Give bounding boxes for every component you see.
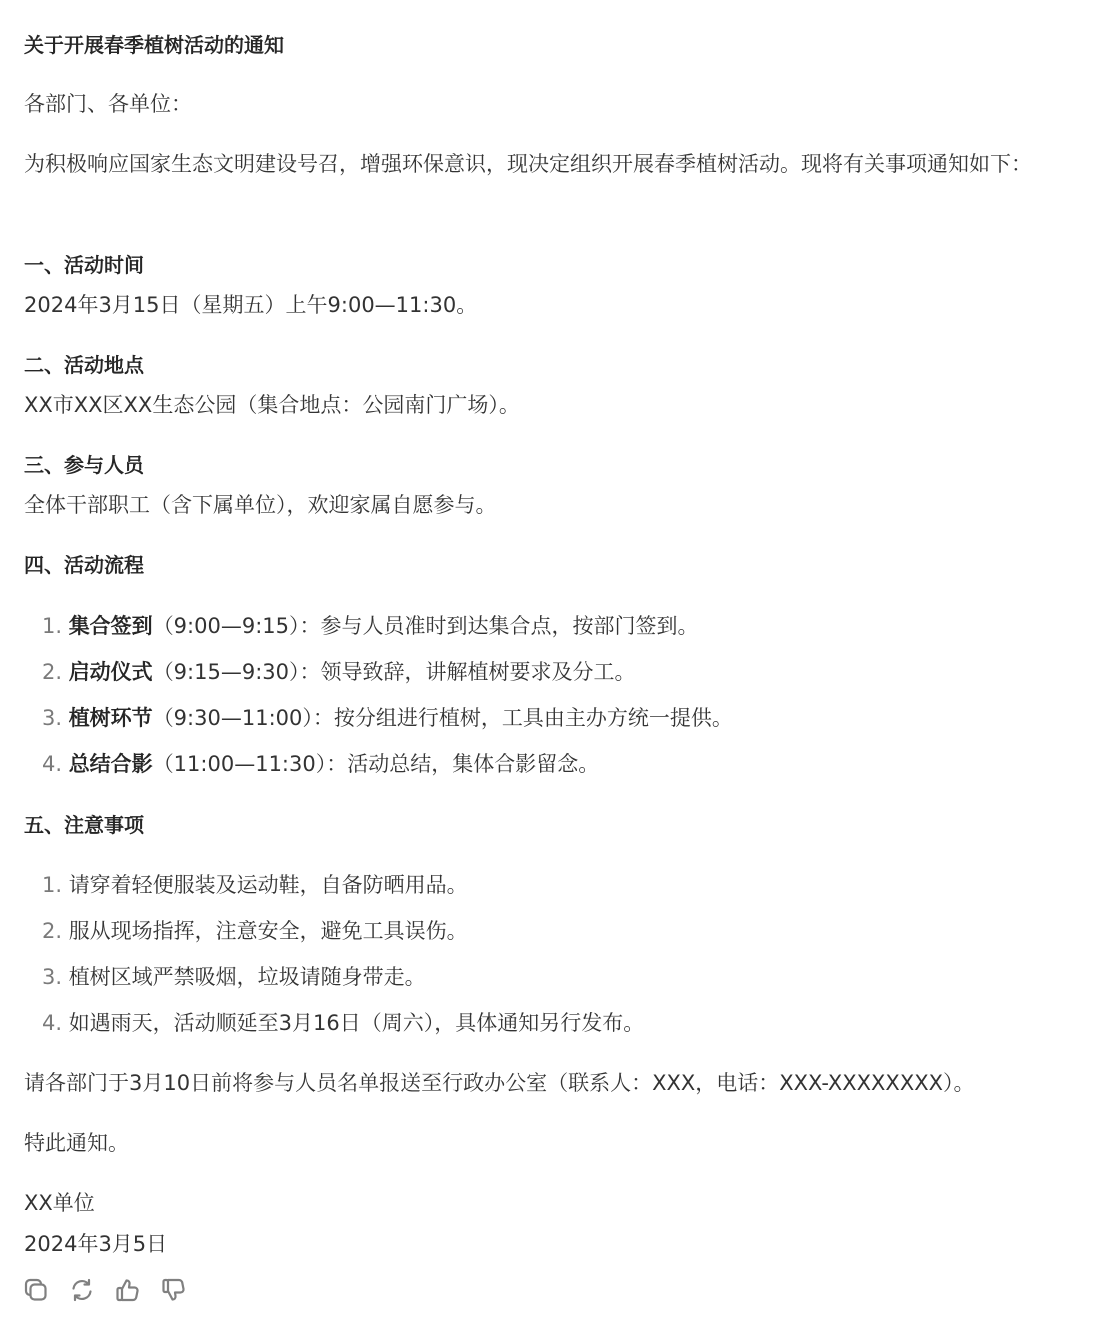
- salutation: 各部门、各单位：: [24, 84, 192, 124]
- note-text: 如遇雨天，活动顺延至3月16日（周六），具体通知另行发布。: [69, 1011, 645, 1035]
- section-heading-participants: 三、参与人员: [24, 445, 144, 485]
- note-item: 2. 服从现场指挥，注意安全，避免工具误伤。: [24, 908, 644, 954]
- list-number: 2.: [24, 908, 62, 954]
- intro-paragraph: 为积极响应国家生态文明建设号召，增强环保意识，现决定组织开展春季植树活动。现将有…: [24, 144, 1109, 184]
- note-item: 1. 请穿着轻便服装及运动鞋，自备防晒用品。: [24, 862, 644, 908]
- schedule-item-name: 集合签到: [69, 614, 153, 638]
- section-body-location: XX市XX区XX生态公园（集合地点：公园南门广场）。: [24, 385, 520, 425]
- schedule-list: 1. 集合签到（9:00—9:15）：参与人员准时到达集合点，按部门签到。 2.…: [24, 603, 733, 787]
- refresh-icon: [68, 1276, 96, 1304]
- note-text: 服从现场指挥，注意安全，避免工具误伤。: [69, 919, 468, 943]
- copy-icon: [22, 1276, 50, 1304]
- section-heading-notes: 五、注意事项: [24, 805, 144, 845]
- section-body-participants: 全体干部职工（含下属单位），欢迎家属自愿参与。: [24, 485, 497, 525]
- schedule-item: 1. 集合签到（9:00—9:15）：参与人员准时到达集合点，按部门签到。: [24, 603, 733, 649]
- note-text: 植树区域严禁吸烟，垃圾请随身带走。: [69, 965, 426, 989]
- schedule-item-name: 启动仪式: [69, 660, 153, 684]
- signature-date: 2024年3月5日: [24, 1224, 167, 1264]
- schedule-item-name: 总结合影: [69, 752, 153, 776]
- notes-list: 1. 请穿着轻便服装及运动鞋，自备防晒用品。 2. 服从现场指挥，注意安全，避免…: [24, 862, 644, 1046]
- thumbs-down-icon: [160, 1276, 188, 1304]
- list-number: 1.: [24, 862, 62, 908]
- list-number: 3.: [24, 695, 62, 741]
- schedule-item: 2. 启动仪式（9:15—9:30）：领导致辞，讲解植树要求及分工。: [24, 649, 733, 695]
- section-body-time: 2024年3月15日（星期五）上午9:00—11:30。: [24, 285, 477, 325]
- list-number: 1.: [24, 603, 62, 649]
- list-number: 3.: [24, 954, 62, 1000]
- dislike-button[interactable]: [160, 1276, 188, 1304]
- signature-org: XX单位: [24, 1183, 95, 1223]
- schedule-item-detail: （9:00—9:15）：参与人员准时到达集合点，按部门签到。: [153, 614, 699, 638]
- schedule-item: 4. 总结合影（11:00—11:30）：活动总结，集体合影留念。: [24, 741, 733, 787]
- note-item: 4. 如遇雨天，活动顺延至3月16日（周六），具体通知另行发布。: [24, 1000, 644, 1046]
- regenerate-button[interactable]: [68, 1276, 96, 1304]
- schedule-item-name: 植树环节: [69, 706, 153, 730]
- copy-button[interactable]: [22, 1276, 50, 1304]
- schedule-item-detail: （9:15—9:30）：领导致辞，讲解植树要求及分工。: [153, 660, 636, 684]
- list-number: 4.: [24, 1000, 62, 1046]
- message-actions: [22, 1276, 188, 1304]
- like-button[interactable]: [114, 1276, 142, 1304]
- notice-title: 关于开展春季植树活动的通知: [24, 25, 284, 65]
- note-item: 3. 植树区域严禁吸烟，垃圾请随身带走。: [24, 954, 644, 1000]
- schedule-item-detail: （9:30—11:00）：按分组进行植树，工具由主办方统一提供。: [153, 706, 733, 730]
- schedule-item-detail: （11:00—11:30）：活动总结，集体合影留念。: [153, 752, 600, 776]
- section-heading-location: 二、活动地点: [24, 345, 144, 385]
- submission-paragraph: 请各部门于3月10日前将参与人员名单报送至行政办公室（联系人：XXX，电话：XX…: [24, 1063, 974, 1103]
- section-heading-time: 一、活动时间: [24, 245, 144, 285]
- section-heading-schedule: 四、活动流程: [24, 545, 144, 585]
- note-text: 请穿着轻便服装及运动鞋，自备防晒用品。: [69, 873, 468, 897]
- list-number: 4.: [24, 741, 62, 787]
- list-number: 2.: [24, 649, 62, 695]
- thumbs-up-icon: [114, 1276, 142, 1304]
- closing-text: 特此通知。: [24, 1123, 129, 1163]
- schedule-item: 3. 植树环节（9:30—11:00）：按分组进行植树，工具由主办方统一提供。: [24, 695, 733, 741]
